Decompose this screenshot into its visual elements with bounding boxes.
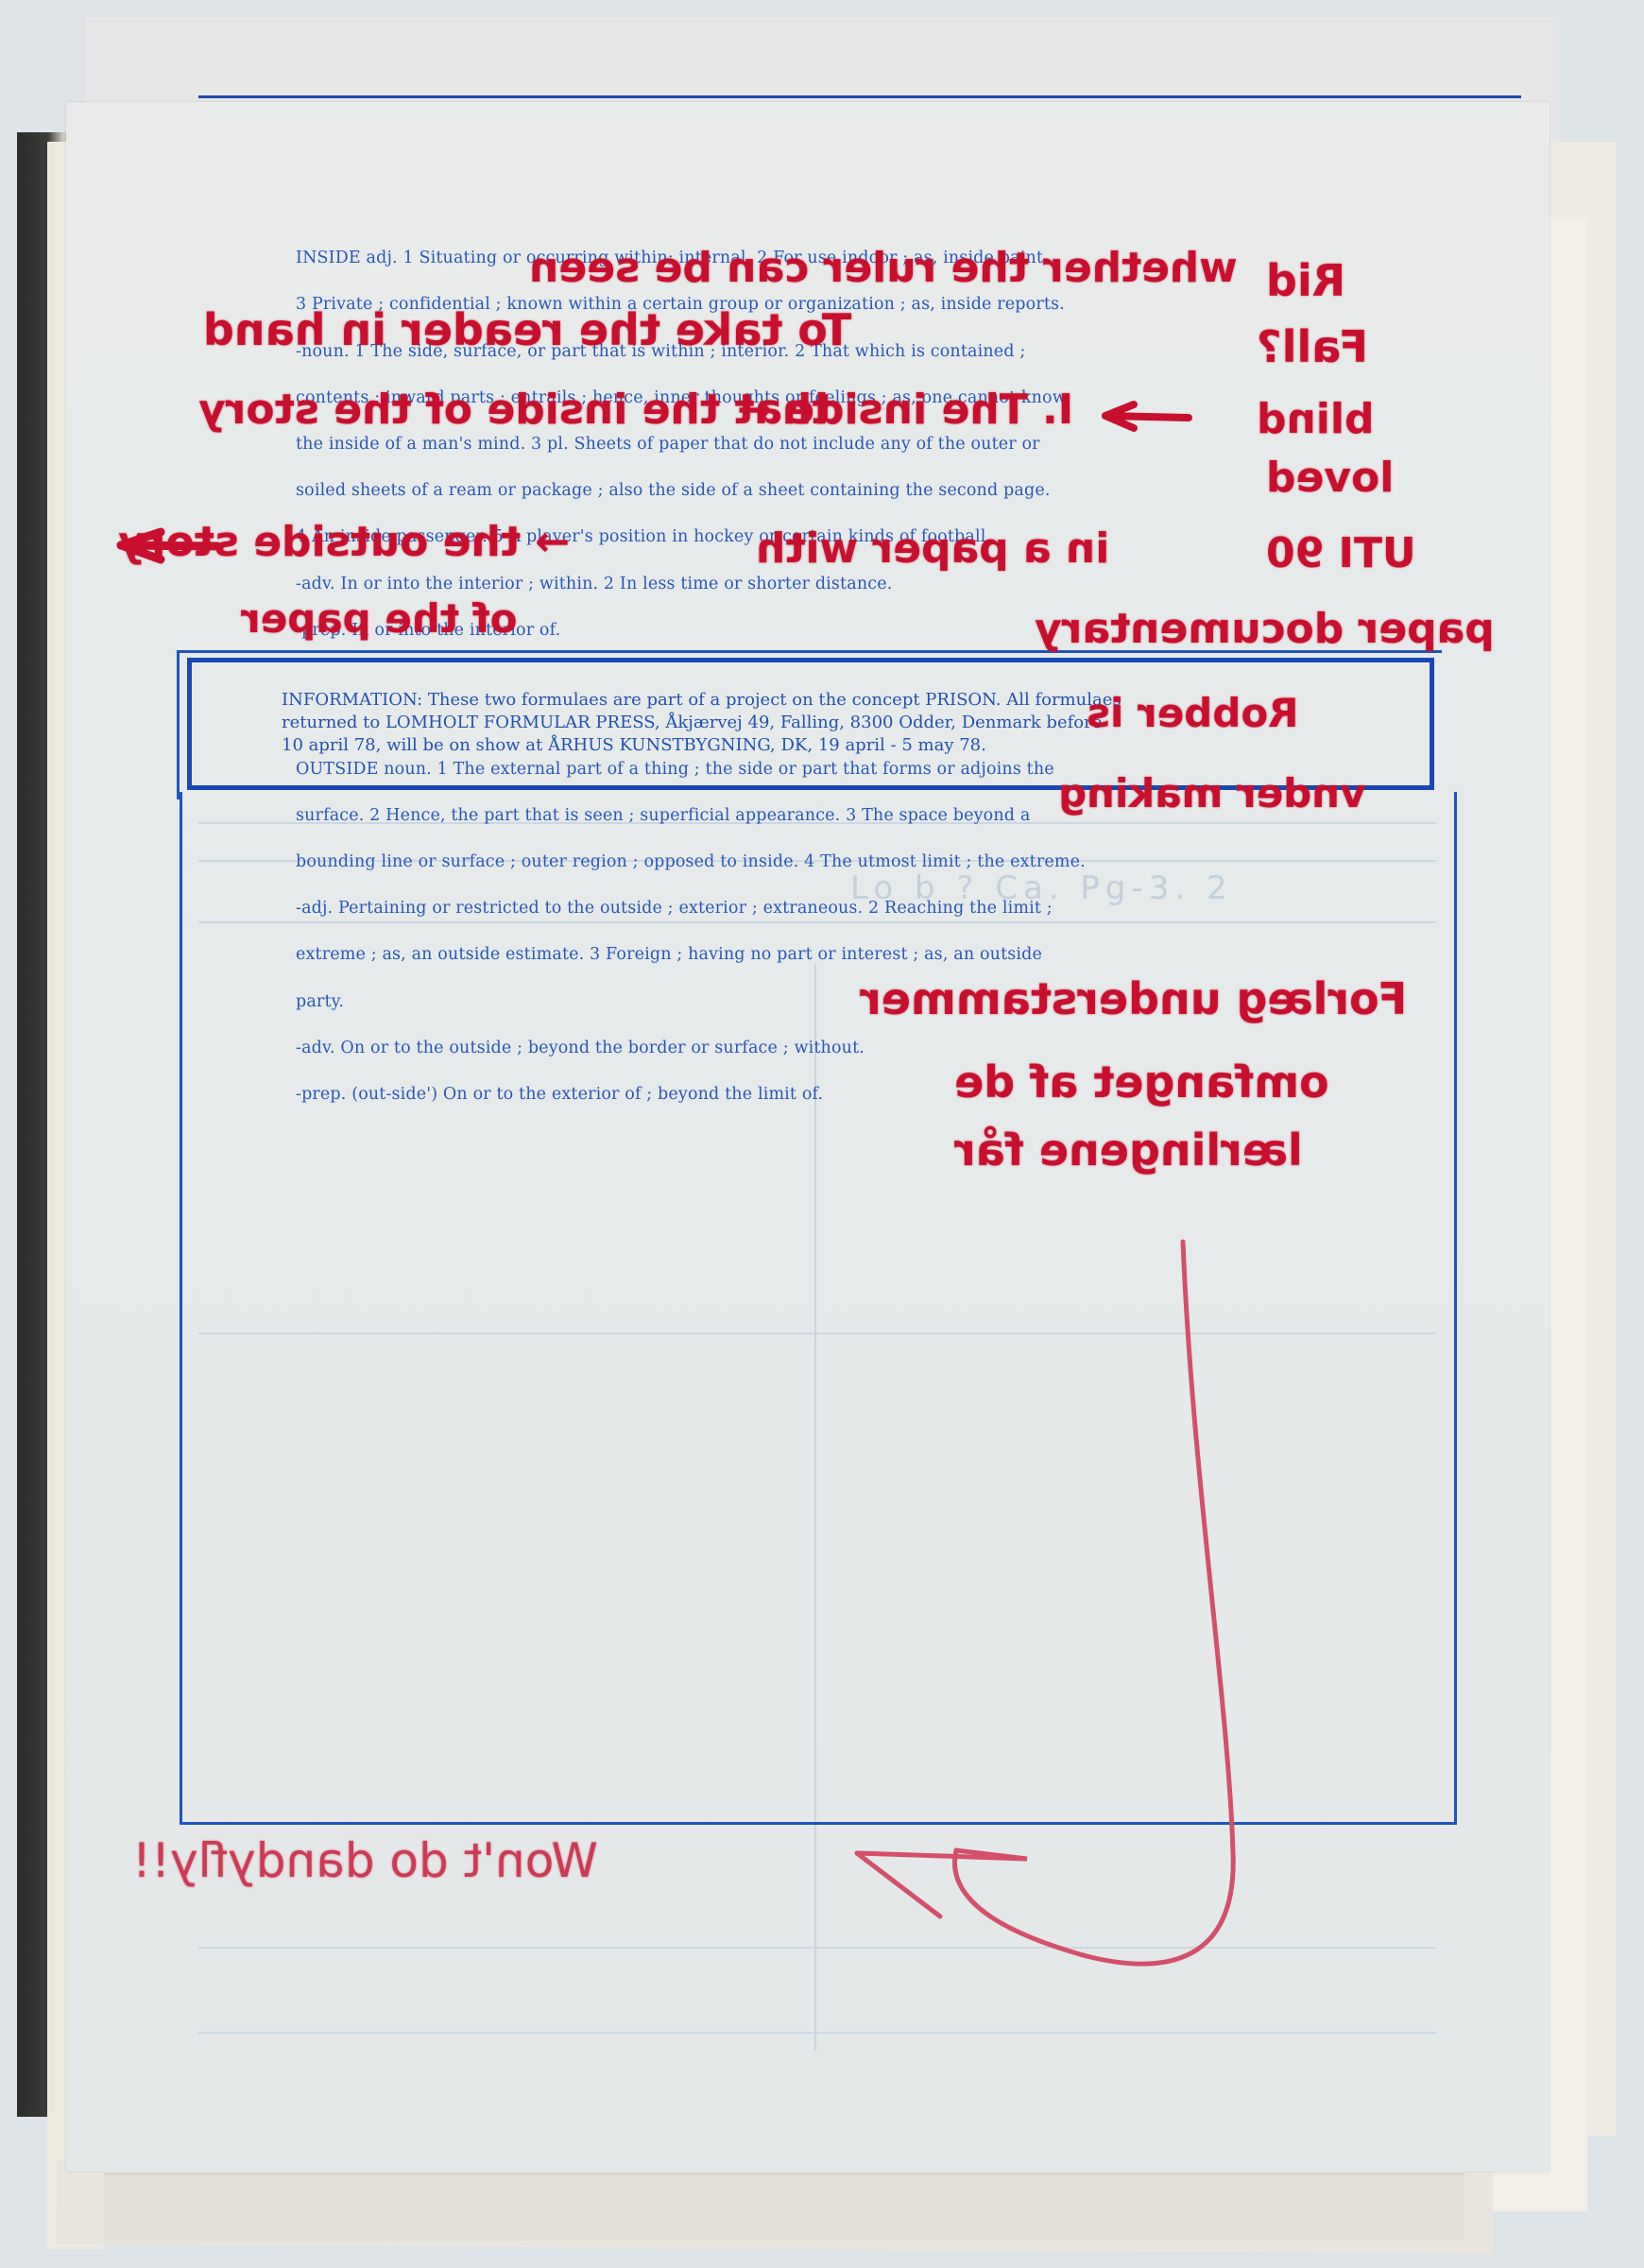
curved-arrow-icon [857,1242,1233,1964]
left-arrow-icon [1105,404,1189,428]
annotation-arrows [0,0,1644,2268]
left-arrow-icon [121,532,217,559]
